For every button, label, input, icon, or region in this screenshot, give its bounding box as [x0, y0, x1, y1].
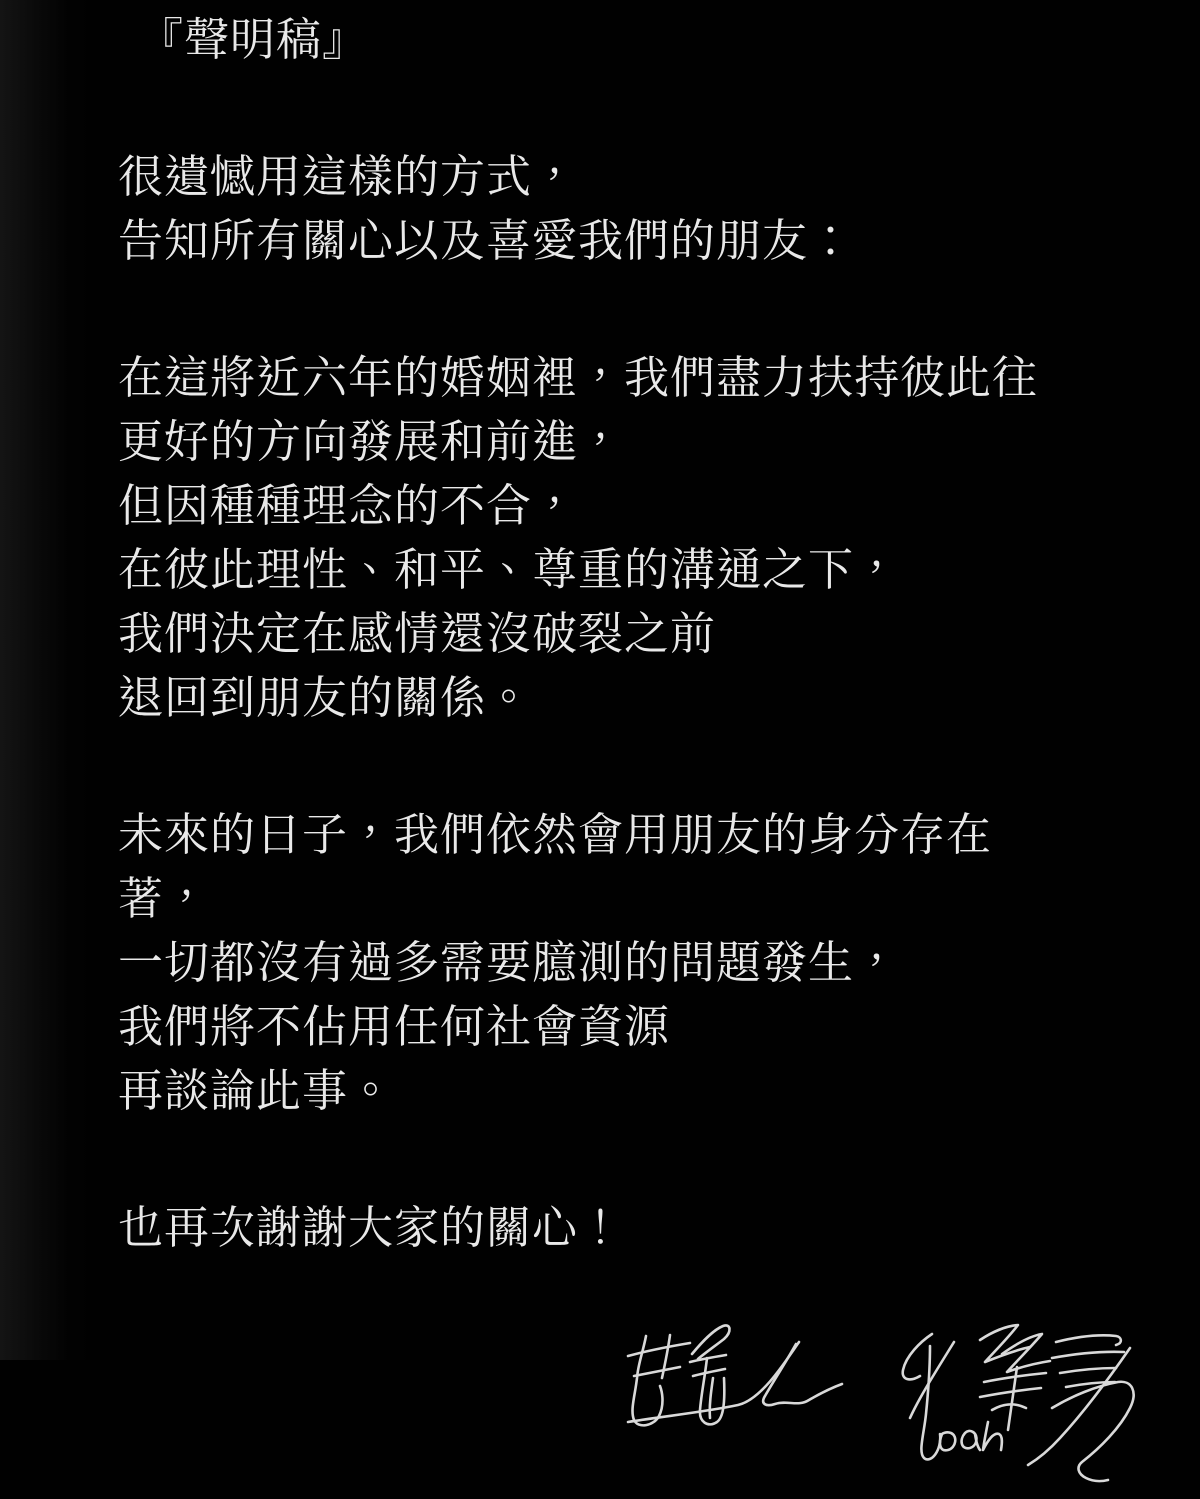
statement-text: 『聲明稿』 很遺憾用這樣的方式，告知所有關心以及喜愛我們的朋友：在這將近六年的婚… [118, 8, 1128, 1260]
statement-line: 我們將不佔用任何社會資源 [118, 995, 1128, 1059]
left-edge-vignette [0, 0, 90, 1360]
signature-right [880, 1312, 1165, 1497]
statement-line: 告知所有關心以及喜愛我們的朋友： [118, 209, 1128, 273]
signature-left [610, 1312, 880, 1482]
statement-line: 著， [118, 867, 1128, 931]
statement-line: 在這將近六年的婚姻裡，我們盡力扶持彼此往 [118, 346, 1128, 410]
statement-paragraph: 很遺憾用這樣的方式，告知所有關心以及喜愛我們的朋友： [118, 145, 1128, 273]
statement-line: 我們決定在感情還沒破裂之前 [118, 602, 1128, 666]
statement-line: 也再次謝謝大家的關心！ [118, 1196, 1128, 1260]
statement-line: 更好的方向發展和前進， [118, 410, 1128, 474]
statement-line: 在彼此理性、和平、尊重的溝通之下， [118, 538, 1128, 602]
signature-right-drawing [880, 1312, 1165, 1497]
signature-left-drawing [610, 1312, 880, 1482]
statement-line: 但因種種理念的不合， [118, 474, 1128, 538]
statement-line: 很遺憾用這樣的方式， [118, 145, 1128, 209]
statement-line: 未來的日子，我們依然會用朋友的身分存在 [118, 803, 1128, 867]
statement-title: 『聲明稿』 [118, 8, 1128, 72]
statement-body: 很遺憾用這樣的方式，告知所有關心以及喜愛我們的朋友：在這將近六年的婚姻裡，我們盡… [118, 145, 1128, 1260]
statement-page: 『聲明稿』 很遺憾用這樣的方式，告知所有關心以及喜愛我們的朋友：在這將近六年的婚… [0, 0, 1200, 1499]
statement-line: 再談論此事。 [118, 1059, 1128, 1123]
statement-line: 退回到朋友的關係。 [118, 666, 1128, 730]
statement-paragraph: 在這將近六年的婚姻裡，我們盡力扶持彼此往更好的方向發展和前進，但因種種理念的不合… [118, 346, 1128, 730]
statement-paragraph: 也再次謝謝大家的關心！ [118, 1196, 1128, 1260]
statement-line: 一切都沒有過多需要臆測的問題發生， [118, 931, 1128, 995]
signatures-block [610, 1312, 1170, 1497]
statement-paragraph: 未來的日子，我們依然會用朋友的身分存在著，一切都沒有過多需要臆測的問題發生，我們… [118, 803, 1128, 1123]
